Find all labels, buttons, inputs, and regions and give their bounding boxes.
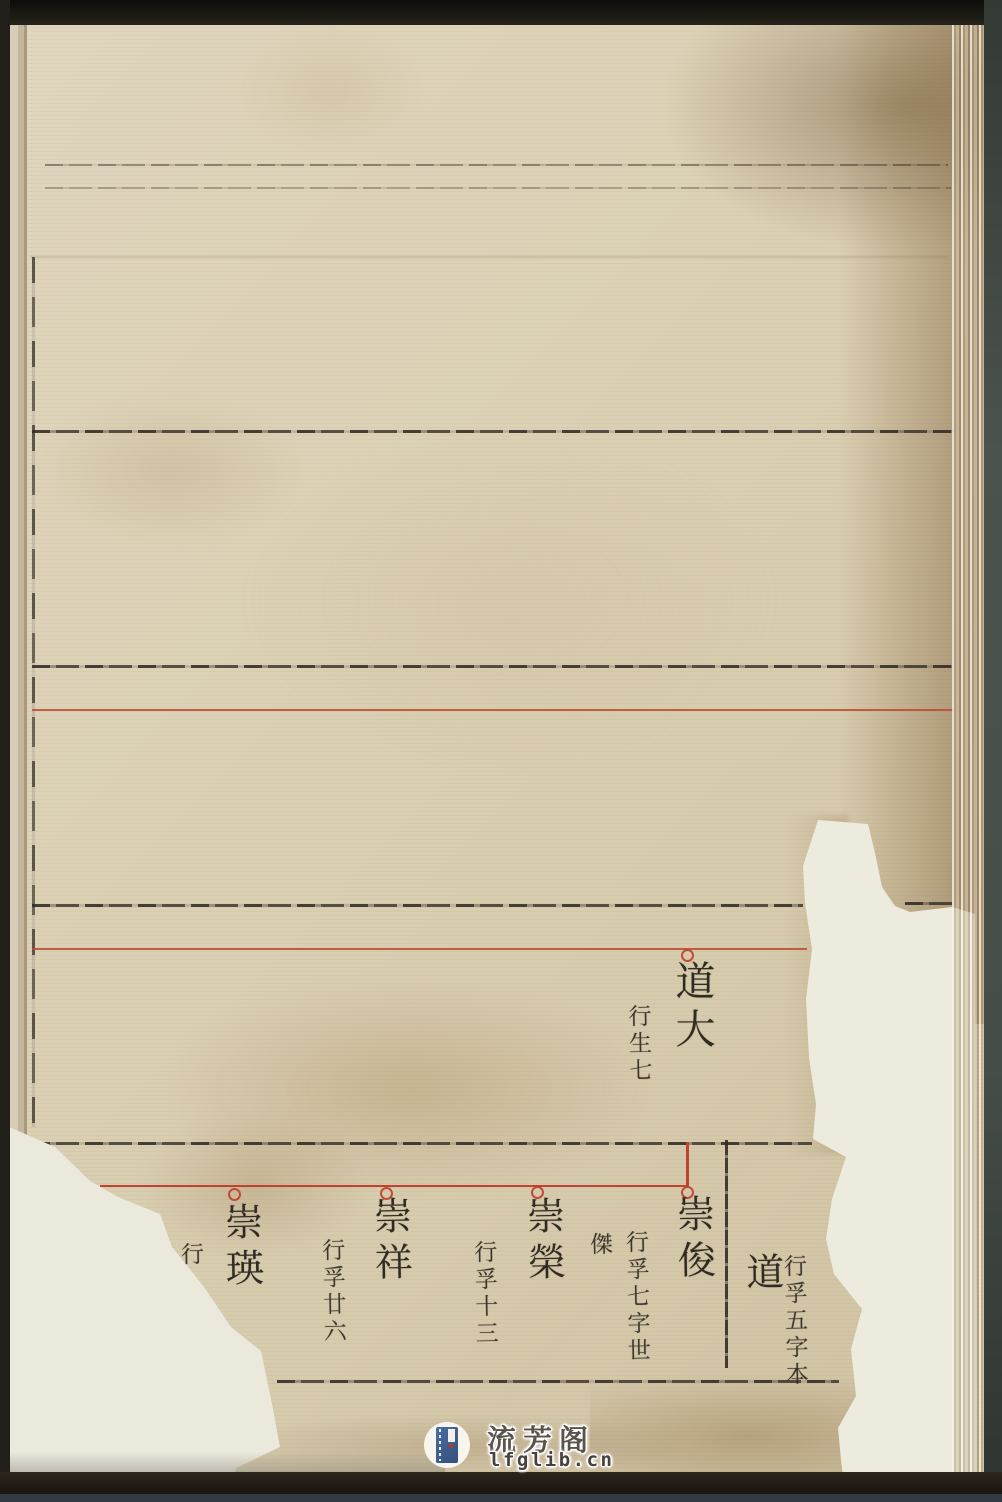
entry-note-continued: 傑: [583, 1232, 616, 1260]
scan-bottom-border: [0, 1494, 1002, 1502]
page-stack-edge: [952, 24, 985, 1476]
rule-row-3: [32, 904, 803, 907]
watermark-book-icon: [436, 1427, 458, 1463]
rule-row-4: [32, 1142, 812, 1145]
entry-name: 崇瑛: [213, 1202, 270, 1295]
rule-row-1: [32, 430, 953, 433]
rule-left-vertical: [32, 257, 35, 1127]
red-rule-1: [32, 709, 953, 711]
entry-name: 崇榮: [515, 1196, 572, 1289]
lineage-horizontal-line: [100, 1185, 688, 1187]
entry-name: 崇祥: [362, 1196, 419, 1289]
paper-crease: [30, 256, 948, 258]
lineage-vertical-line: [686, 1142, 689, 1187]
lineage-connector-circle: [228, 1188, 241, 1201]
entry-name: 道大: [664, 960, 721, 1056]
scan-right-background: [984, 0, 1002, 1502]
scan-left-border: [0, 0, 10, 1502]
watermark-site-url: lfglib.cn: [489, 1449, 614, 1471]
rule-row-5: [277, 1380, 839, 1383]
torn-paper-shadow: [0, 1452, 445, 1474]
rule-top-2: [45, 187, 951, 189]
rule-top-1: [45, 164, 948, 166]
entry-note: 行孚七字世: [619, 1230, 654, 1366]
book-top-edge: [0, 0, 1002, 25]
column-divider: [725, 1140, 728, 1368]
entry-note: 行生七: [621, 1004, 655, 1086]
entry-note: 行孚十三: [467, 1240, 502, 1349]
entry-note: 行孚五字本: [777, 1254, 812, 1390]
scanned-genealogy-page: 道大 行生七 道 行孚五字本 崇俊 行孚七字世 傑 崇榮 行孚十三 崇祥 行孚廿…: [0, 0, 1002, 1502]
entry-name: 崇俊: [665, 1194, 722, 1287]
rule-row-2: [32, 665, 952, 668]
entry-note: 行孚廿六: [315, 1238, 350, 1347]
rule-row-3-right-fragment: [905, 902, 953, 905]
